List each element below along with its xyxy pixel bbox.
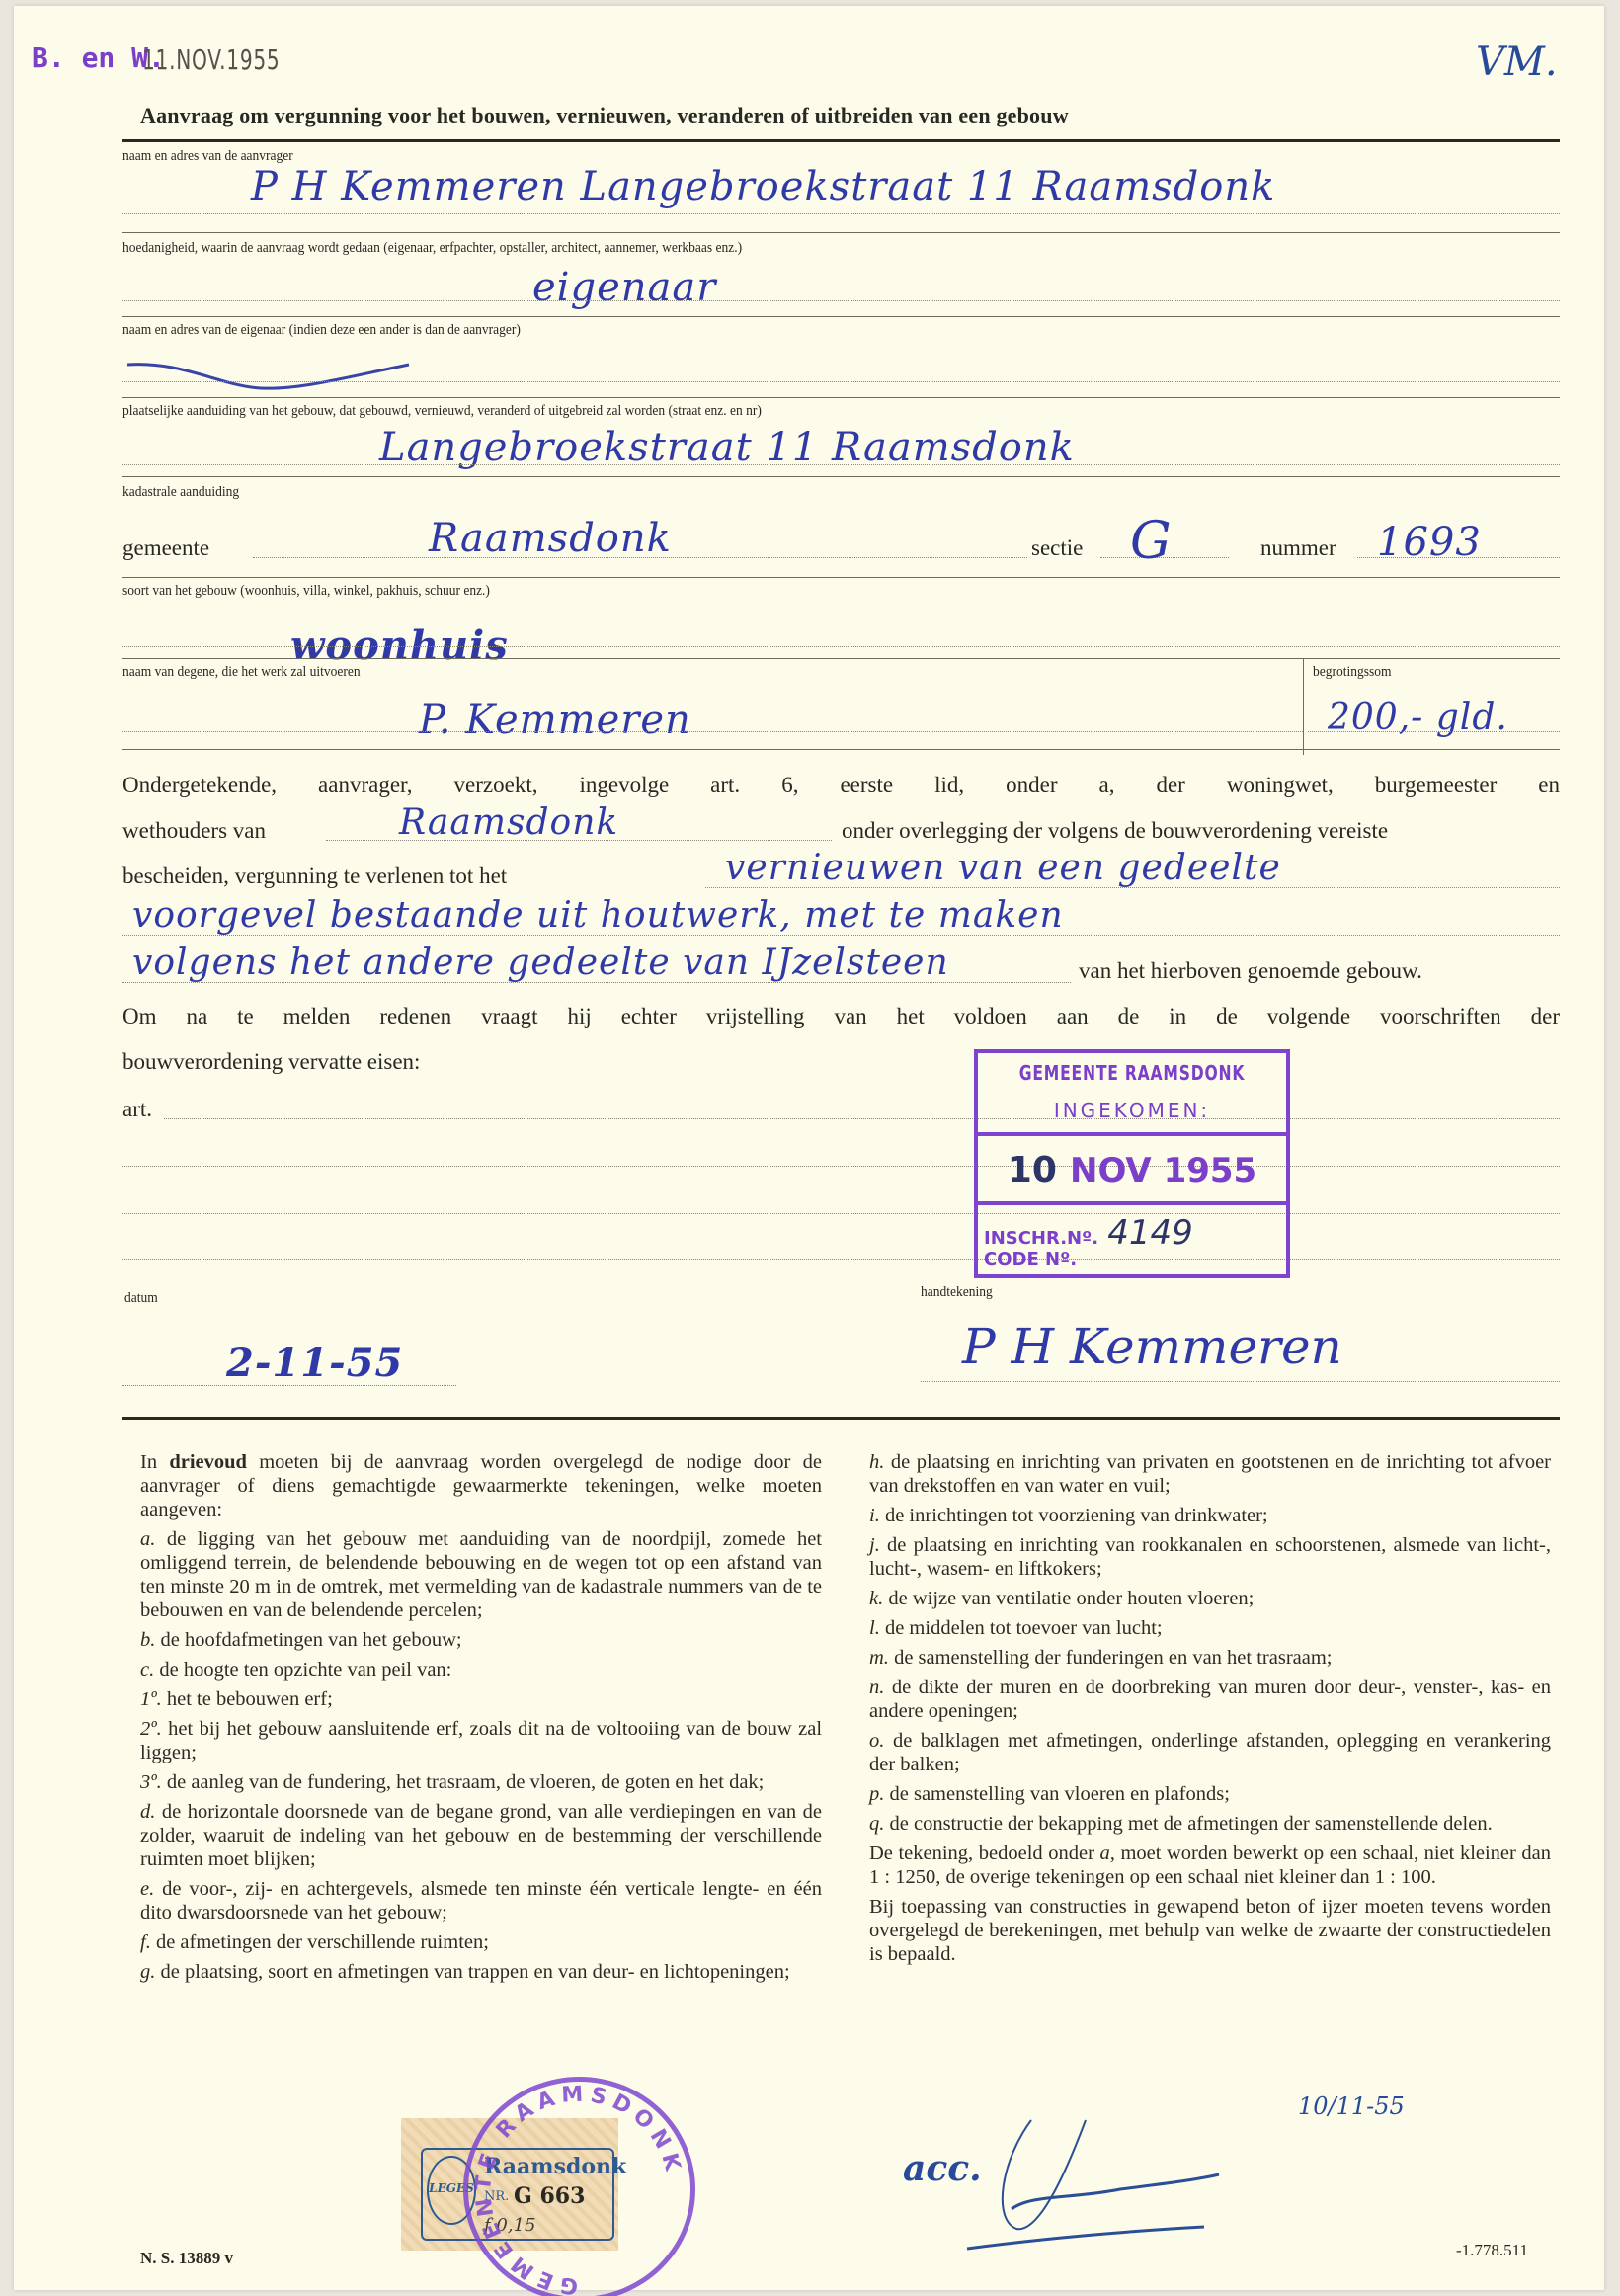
instruction-item-text: de constructie der bekapping met de afme…	[890, 1813, 1493, 1835]
field-divider	[122, 749, 1560, 750]
instruction-item-key: l.	[869, 1617, 885, 1639]
instruction-item-text: de dikte der muren en de doorbreking van…	[869, 1677, 1551, 1722]
dotted-line	[122, 646, 1560, 647]
instruction-item: p. de samenstelling van vloeren en plafo…	[869, 1782, 1551, 1806]
registration-number: 4149	[1107, 1213, 1193, 1253]
instruction-item: 2º. het bij het gebouw aansluitende erf,…	[140, 1717, 822, 1764]
art-label: art.	[122, 1097, 152, 1122]
approval-date: 10/11-55	[1298, 2092, 1405, 2120]
instruction-item-key: n.	[869, 1677, 892, 1698]
form-title: Aanvraag om vergunning voor het bouwen, …	[140, 103, 1069, 128]
dotted-line	[122, 464, 1560, 465]
request-line-3-prefix: bescheiden, vergunning te verlenen tot h…	[122, 863, 507, 889]
municipality-value[interactable]: Raamsdonk	[429, 516, 672, 561]
instruction-item: o. de balklagen met afmetingen, onderlin…	[869, 1729, 1551, 1776]
instruction-item: f. de afmetingen der verschillende ruimt…	[140, 1930, 822, 1954]
instruction-item-key: j.	[869, 1534, 887, 1556]
form-number: N. S. 13889 v	[140, 2249, 233, 2268]
instruction-item-key: f.	[140, 1931, 156, 1953]
instruction-item: a. de ligging van het gebouw met aanduid…	[140, 1527, 822, 1622]
signature-label: handtekening	[921, 1284, 993, 1301]
dotted-line	[921, 1381, 1560, 1382]
instructions-right: h. de plaatsing en inrichting van privat…	[869, 1450, 1551, 1972]
field-divider	[122, 232, 1560, 233]
instruction-item-key: o.	[869, 1730, 893, 1752]
number-value[interactable]: 1693	[1377, 520, 1482, 565]
instruction-item-key: i.	[869, 1505, 885, 1526]
instruction-item-key: p.	[869, 1783, 890, 1805]
received-date-stamp: 11.NOV.1955	[142, 43, 280, 76]
instruction-item-key: g.	[140, 1961, 161, 1983]
art-line[interactable]	[164, 1118, 1560, 1119]
instruction-item-key: d.	[140, 1801, 162, 1823]
request-line-5-suffix: van het hierboven genoemde gebouw.	[1079, 958, 1422, 984]
round-stamp-text-ring: GEMEENTE RAAMSDONK	[468, 2082, 690, 2296]
initials-mark: VM.	[1476, 40, 1558, 85]
instruction-item: g. de plaatsing, soort en afmetingen van…	[140, 1960, 822, 1984]
request-line-1: Ondergetekende, aanvrager, verzoekt, ing…	[122, 773, 1560, 798]
art-line[interactable]	[122, 1166, 1560, 1167]
dotted-line	[122, 731, 1303, 732]
permit-application-form: B. en W. 11.NOV.1955 VM. Aanvraag om ver…	[14, 6, 1604, 2290]
budget-label: begrotingssom	[1313, 664, 1392, 681]
capacity-value[interactable]: eigenaar	[532, 265, 716, 310]
instruction-item: j. de plaatsing en inrichting van rookka…	[869, 1533, 1551, 1581]
instruction-item-text: de plaatsing en inrichting van rookkanal…	[869, 1534, 1551, 1580]
municipal-round-stamp: GEMEENTE RAAMSDONK	[463, 2077, 695, 2296]
registration-label: INSCHR.Nº.	[984, 1228, 1098, 1249]
capacity-label: hoedanigheid, waarin de aanvraag wordt g…	[122, 240, 742, 257]
instruction-item-text: de inrichtingen tot voorziening van drin…	[885, 1505, 1268, 1526]
svg-text:GEMEENTE RAAMSDONK: GEMEENTE RAAMSDONK	[471, 2083, 687, 2296]
instruction-item-text: de middelen tot toevoer van lucht;	[885, 1617, 1163, 1639]
municipality-addressed[interactable]: Raamsdonk	[399, 802, 618, 843]
instruction-item-key: a.	[140, 1528, 167, 1550]
dotted-line	[122, 300, 1560, 301]
instruction-item-key: 2º.	[140, 1718, 168, 1740]
field-divider	[122, 658, 1560, 659]
instruction-item-text: de samenstelling van vloeren en plafonds…	[890, 1783, 1230, 1805]
received-stamp-month-year: NOV 1955	[1070, 1151, 1256, 1190]
instruction-item-text: het bij het gebouw aansluitende erf, zoa…	[140, 1718, 822, 1763]
received-stamp-heading: INGEKOMEN:	[978, 1099, 1286, 1122]
official-signature[interactable]	[962, 2100, 1258, 2258]
instruction-item-text: de hoofdafmetingen van het gebouw;	[161, 1629, 462, 1651]
contractor-value[interactable]: P. Kemmeren	[419, 697, 691, 743]
instruction-item: e. de voor-, zij- en achtergevels, alsme…	[140, 1877, 822, 1925]
field-divider	[122, 476, 1560, 477]
contractor-label: naam van degene, die het werk zal uitvoe…	[122, 664, 361, 681]
section-divider	[122, 1417, 1560, 1420]
instruction-item: n. de dikte der muren en de doorbreking …	[869, 1676, 1551, 1723]
instruction-item: m. de samenstelling der funderingen en v…	[869, 1646, 1551, 1670]
print-number: -1.778.511	[1456, 2241, 1528, 2260]
instructions-intro: In drievoud moeten bij de aanvraag worde…	[140, 1450, 822, 1521]
instruction-item: l. de middelen tot toevoer van lucht;	[869, 1616, 1551, 1640]
purpose-line-3[interactable]: volgens het andere gedeelte van IJzelste…	[132, 943, 949, 983]
received-stamp-day: 10	[1008, 1150, 1057, 1190]
request-line-2-suffix: onder overlegging der volgens de bouwver…	[842, 818, 1388, 844]
received-stamp: GEMEENTE RAAMSDONK INGEKOMEN: 10 NOV 195…	[974, 1049, 1290, 1278]
field-divider	[122, 577, 1560, 578]
request-line-7: bouwverordening vervatte eisen:	[122, 1049, 420, 1075]
instruction-item: d. de horizontale doorsnede van de began…	[140, 1800, 822, 1871]
instruction-item-text: de ligging van het gebouw met aanduiding…	[140, 1528, 822, 1621]
purpose-line-2[interactable]: voorgevel bestaande uit houtwerk, met te…	[132, 895, 1064, 936]
concrete-note: Bij toepassing van constructies in gewap…	[869, 1895, 1551, 1966]
instruction-item-text: de horizontale doorsnede van de begane g…	[140, 1801, 822, 1870]
title-divider	[122, 139, 1560, 142]
scale-note: De tekening, bedoeld onder a, moet worde…	[869, 1842, 1551, 1889]
instruction-item-text: de afmetingen der verschillende ruimten;	[156, 1931, 489, 1953]
instruction-item: b. de hoofdafmetingen van het gebouw;	[140, 1628, 822, 1652]
instruction-item-key: m.	[869, 1647, 894, 1669]
instruction-item: 3º. de aanleg van de fundering, het tras…	[140, 1770, 822, 1794]
instruction-item: i. de inrichtingen tot voorziening van d…	[869, 1504, 1551, 1527]
cadastral-label: kadastrale aanduiding	[122, 484, 239, 501]
instruction-item: 1º. het te bebouwen erf;	[140, 1687, 822, 1711]
instruction-item: c. de hoogte ten opzichte van peil van:	[140, 1658, 822, 1681]
field-divider	[122, 397, 1560, 398]
instruction-item-text: de balklagen met afmetingen, onderlinge …	[869, 1730, 1551, 1775]
owner-strikethrough-line	[122, 357, 419, 396]
budget-divider	[1303, 658, 1304, 755]
dotted-line	[122, 381, 1560, 382]
section-label: sectie	[1031, 535, 1083, 561]
number-label: nummer	[1260, 535, 1336, 561]
purpose-line-1[interactable]: vernieuwen van een gedeelte	[725, 848, 1281, 888]
owner-label: naam en adres van de eigenaar (indien de…	[122, 322, 521, 339]
request-line-2-prefix: wethouders van	[122, 818, 266, 844]
instruction-item-text: de hoogte ten opzichte van peil van:	[159, 1659, 451, 1681]
applicant-signature[interactable]: P H Kemmeren	[962, 1318, 1342, 1375]
instruction-item-key: 1º.	[140, 1688, 167, 1710]
instructions-list-right: h. de plaatsing en inrichting van privat…	[869, 1450, 1551, 1836]
section-value[interactable]: G	[1130, 512, 1172, 571]
instruction-item-key: k.	[869, 1588, 888, 1609]
instruction-item-key: h.	[869, 1451, 891, 1473]
instructions-left: In drievoud moeten bij de aanvraag worde…	[140, 1450, 822, 1990]
date-value[interactable]: 2-11-55	[226, 1340, 403, 1386]
field-divider	[122, 316, 1560, 317]
municipality-label: gemeente	[122, 535, 209, 561]
applicant-label: naam en adres van de aanvrager	[122, 148, 293, 165]
instruction-item-text: de wijze van ventilatie onder houten vlo…	[888, 1588, 1254, 1609]
dotted-line	[122, 213, 1560, 214]
dotted-line	[1308, 731, 1560, 732]
date-label: datum	[124, 1290, 158, 1307]
instruction-item-key: 3º.	[140, 1771, 167, 1793]
received-stamp-municipality: GEMEENTE RAAMSDONK	[1012, 1061, 1252, 1085]
location-label: plaatselijke aanduiding van het gebouw, …	[122, 403, 762, 420]
art-line[interactable]	[122, 1213, 1560, 1214]
applicant-value[interactable]: P H Kemmeren Langebroekstraat 11 Raamsdo…	[251, 164, 1275, 209]
instruction-item-text: de voor-, zij- en achtergevels, alsmede …	[140, 1878, 822, 1924]
art-line[interactable]	[122, 1259, 1560, 1260]
instruction-item-text: de plaatsing, soort en afmetingen van tr…	[161, 1961, 790, 1983]
instructions-list-left: a. de ligging van het gebouw met aanduid…	[140, 1527, 822, 1984]
instruction-item-key: b.	[140, 1629, 161, 1651]
instruction-item: q. de constructie der bekapping met de a…	[869, 1812, 1551, 1836]
building-type-label: soort van het gebouw (woonhuis, villa, w…	[122, 583, 490, 600]
instruction-item-text: de aanleg van de fundering, het trasraam…	[167, 1771, 765, 1793]
instruction-item-text: het te bebouwen erf;	[167, 1688, 333, 1710]
request-line-6: Om na te melden redenen vraagt hij echte…	[122, 1004, 1560, 1029]
instruction-item-text: de plaatsing en inrichting van privaten …	[869, 1451, 1551, 1497]
instruction-item: h. de plaatsing en inrichting van privat…	[869, 1450, 1551, 1498]
instruction-item-text: de samenstelling der funderingen en van …	[894, 1647, 1332, 1669]
instruction-item-key: c.	[140, 1659, 159, 1681]
instruction-item-key: e.	[140, 1878, 162, 1900]
dotted-line	[122, 1385, 456, 1386]
instruction-item-key: q.	[869, 1813, 890, 1835]
instruction-item: k. de wijze van ventilatie onder houten …	[869, 1587, 1551, 1610]
